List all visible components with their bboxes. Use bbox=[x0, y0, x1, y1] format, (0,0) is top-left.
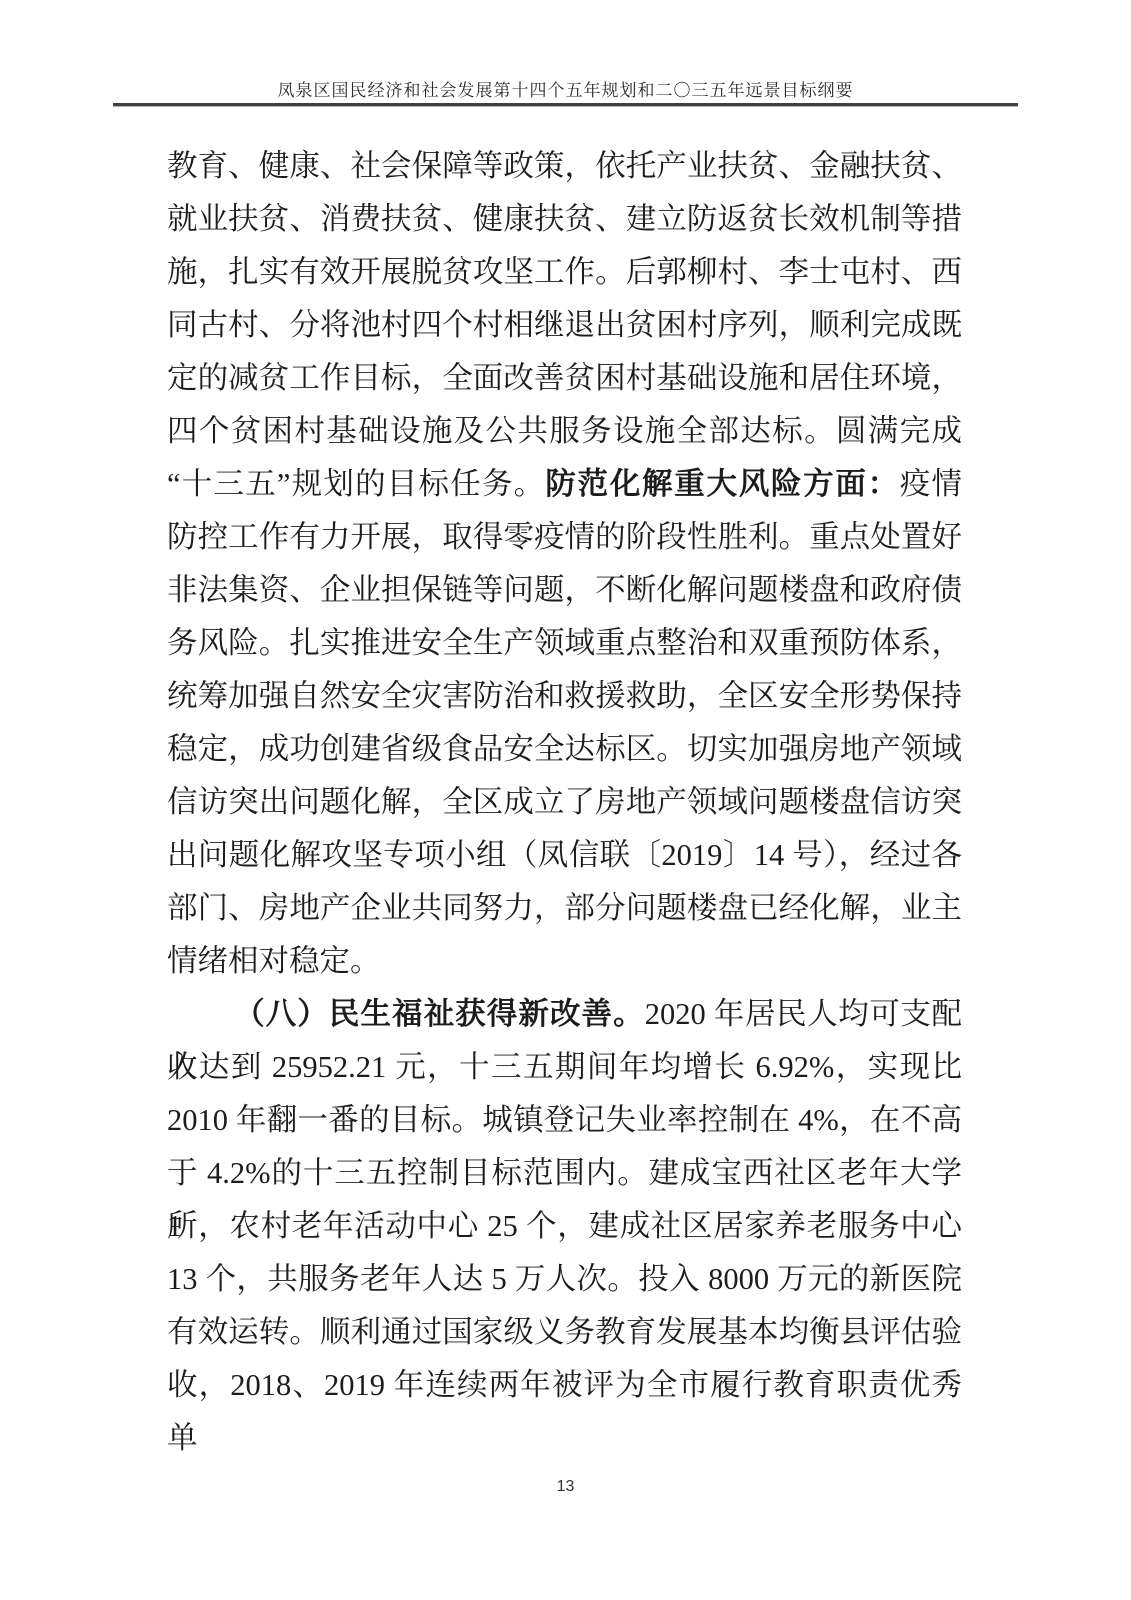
text-line: 信访突出问题化解，全区成立了房地产领域问题楼盘信访突 bbox=[167, 776, 962, 829]
text-line: 部门、房地产企业共同努力，部分问题楼盘已经化解，业主 bbox=[167, 882, 962, 935]
text-segment: 情绪相对稳定。 bbox=[167, 944, 381, 978]
text-line: 2010 年翻一番的目标。城镇登记失业率控制在 4%，在不高 bbox=[167, 1094, 962, 1147]
text-segment: 定的减贫工作目标，全面改善贫困村基础设施和居住环境， bbox=[167, 361, 962, 395]
text-segment: 同古村、分将池村四个村相继退出贫困村序列，顺利完成既 bbox=[167, 308, 962, 342]
text-segment: 务风险。扎实推进安全生产领域重点整治和双重预防体系， bbox=[167, 626, 962, 660]
text-segment: 四个贫困村基础设施及公共服务设施全部达标。圆满完成 bbox=[167, 414, 962, 448]
text-segment: 施，扎实有效开展脱贫攻坚工作。后郭柳村、李士屯村、西 bbox=[167, 255, 962, 289]
text-segment: 疫情 bbox=[900, 467, 962, 501]
page-number: 13 bbox=[0, 1478, 1131, 1496]
text-segment: 13 个，共服务老年人达 5 万人次。投入 8000 万元的新医院 bbox=[167, 1262, 962, 1296]
text-line: 稳定，成功创建省级食品安全达标区。切实加强房地产领域 bbox=[167, 723, 962, 776]
document-header-title: 凤泉区国民经济和社会发展第十四个五年规划和二〇三五年远景目标纲要 bbox=[0, 76, 1131, 101]
text-line: 防控工作有力开展，取得零疫情的阶段性胜利。重点处置好 bbox=[167, 511, 962, 564]
text-segment: 信访突出问题化解，全区成立了房地产领域问题楼盘信访突 bbox=[167, 785, 962, 819]
text-line: 同古村、分将池村四个村相继退出贫困村序列，顺利完成既 bbox=[167, 299, 962, 352]
text-line: 有效运转。顺利通过国家级义务教育发展基本均衡县评估验 bbox=[167, 1306, 962, 1359]
text-line: 13 个，共服务老年人达 5 万人次。投入 8000 万元的新医院 bbox=[167, 1253, 962, 1306]
document-page: 凤泉区国民经济和社会发展第十四个五年规划和二〇三五年远景目标纲要 教育、健康、社… bbox=[0, 0, 1131, 1600]
text-segment: 教育、健康、社会保障等政策，依托产业扶贫、金融扶贫、 bbox=[167, 149, 962, 183]
text-line: 于 4.2%的十三五控制目标范围内。建成宝西社区老年大学 1 bbox=[167, 1147, 962, 1200]
text-segment: “十三五”规划的目标任务。 bbox=[167, 467, 545, 501]
text-line: 情绪相对稳定。 bbox=[167, 935, 962, 988]
text-line: 所，农村老年活动中心 25 个，建成社区居家养老服务中心 bbox=[167, 1200, 962, 1253]
text-line: 务风险。扎实推进安全生产领域重点整治和双重预防体系， bbox=[167, 617, 962, 670]
text-line: 非法集资、企业担保链等问题，不断化解问题楼盘和政府债 bbox=[167, 564, 962, 617]
text-segment: 防控工作有力开展，取得零疫情的阶段性胜利。重点处置好 bbox=[167, 520, 962, 554]
text-line: 出问题化解攻坚专项小组（凤信联〔2019〕14 号），经过各 bbox=[167, 829, 962, 882]
text-segment: 有效运转。顺利通过国家级义务教育发展基本均衡县评估验 bbox=[167, 1315, 962, 1349]
text-segment: 所，农村老年活动中心 25 个，建成社区居家养老服务中心 bbox=[167, 1209, 962, 1243]
text-segment: 非法集资、企业担保链等问题，不断化解问题楼盘和政府债 bbox=[167, 573, 962, 607]
text-line: 定的减贫工作目标，全面改善贫困村基础设施和居住环境， bbox=[167, 352, 962, 405]
text-line: （八）民生福祉获得新改善。2020 年居民人均可支配收 bbox=[167, 988, 962, 1041]
text-line: 四个贫困村基础设施及公共服务设施全部达标。圆满完成 bbox=[167, 405, 962, 458]
document-body: 教育、健康、社会保障等政策，依托产业扶贫、金融扶贫、就业扶贫、消费扶贫、健康扶贫… bbox=[167, 140, 962, 1412]
bold-text-segment: （八）民生福祉获得新改善。 bbox=[234, 997, 645, 1031]
text-segment: 就业扶贫、消费扶贫、健康扶贫、建立防返贫长效机制等措 bbox=[167, 202, 962, 236]
text-line: 入达到 25952.21 元，十三五期间年均增长 6.92%，实现比 bbox=[167, 1041, 962, 1094]
text-segment: 部门、房地产企业共同努力，部分问题楼盘已经化解，业主 bbox=[167, 891, 962, 925]
text-segment: 出问题化解攻坚专项小组（凤信联〔2019〕14 号），经过各 bbox=[167, 838, 962, 872]
text-line: 施，扎实有效开展脱贫攻坚工作。后郭柳村、李士屯村、西 bbox=[167, 246, 962, 299]
text-line: “十三五”规划的目标任务。防范化解重大风险方面：疫情 bbox=[167, 458, 962, 511]
text-line: 收，2018、2019 年连续两年被评为全市履行教育职责优秀单 bbox=[167, 1359, 962, 1412]
text-segment: 统筹加强自然安全灾害防治和救援救助，全区安全形势保持 bbox=[167, 679, 962, 713]
text-segment: 2010 年翻一番的目标。城镇登记失业率控制在 4%，在不高 bbox=[167, 1103, 962, 1137]
text-segment: 收，2018、2019 年连续两年被评为全市履行教育职责优秀单 bbox=[167, 1368, 962, 1455]
text-line: 统筹加强自然安全灾害防治和救援救助，全区安全形势保持 bbox=[167, 670, 962, 723]
text-line: 就业扶贫、消费扶贫、健康扶贫、建立防返贫长效机制等措 bbox=[167, 193, 962, 246]
text-segment: 稳定，成功创建省级食品安全达标区。切实加强房地产领域 bbox=[167, 732, 962, 766]
header-rule bbox=[113, 103, 1018, 107]
bold-text-segment: 防范化解重大风险方面： bbox=[545, 467, 899, 501]
text-segment: 入达到 25952.21 元，十三五期间年均增长 6.92%，实现比 bbox=[167, 1050, 962, 1084]
text-line: 教育、健康、社会保障等政策，依托产业扶贫、金融扶贫、 bbox=[167, 140, 962, 193]
